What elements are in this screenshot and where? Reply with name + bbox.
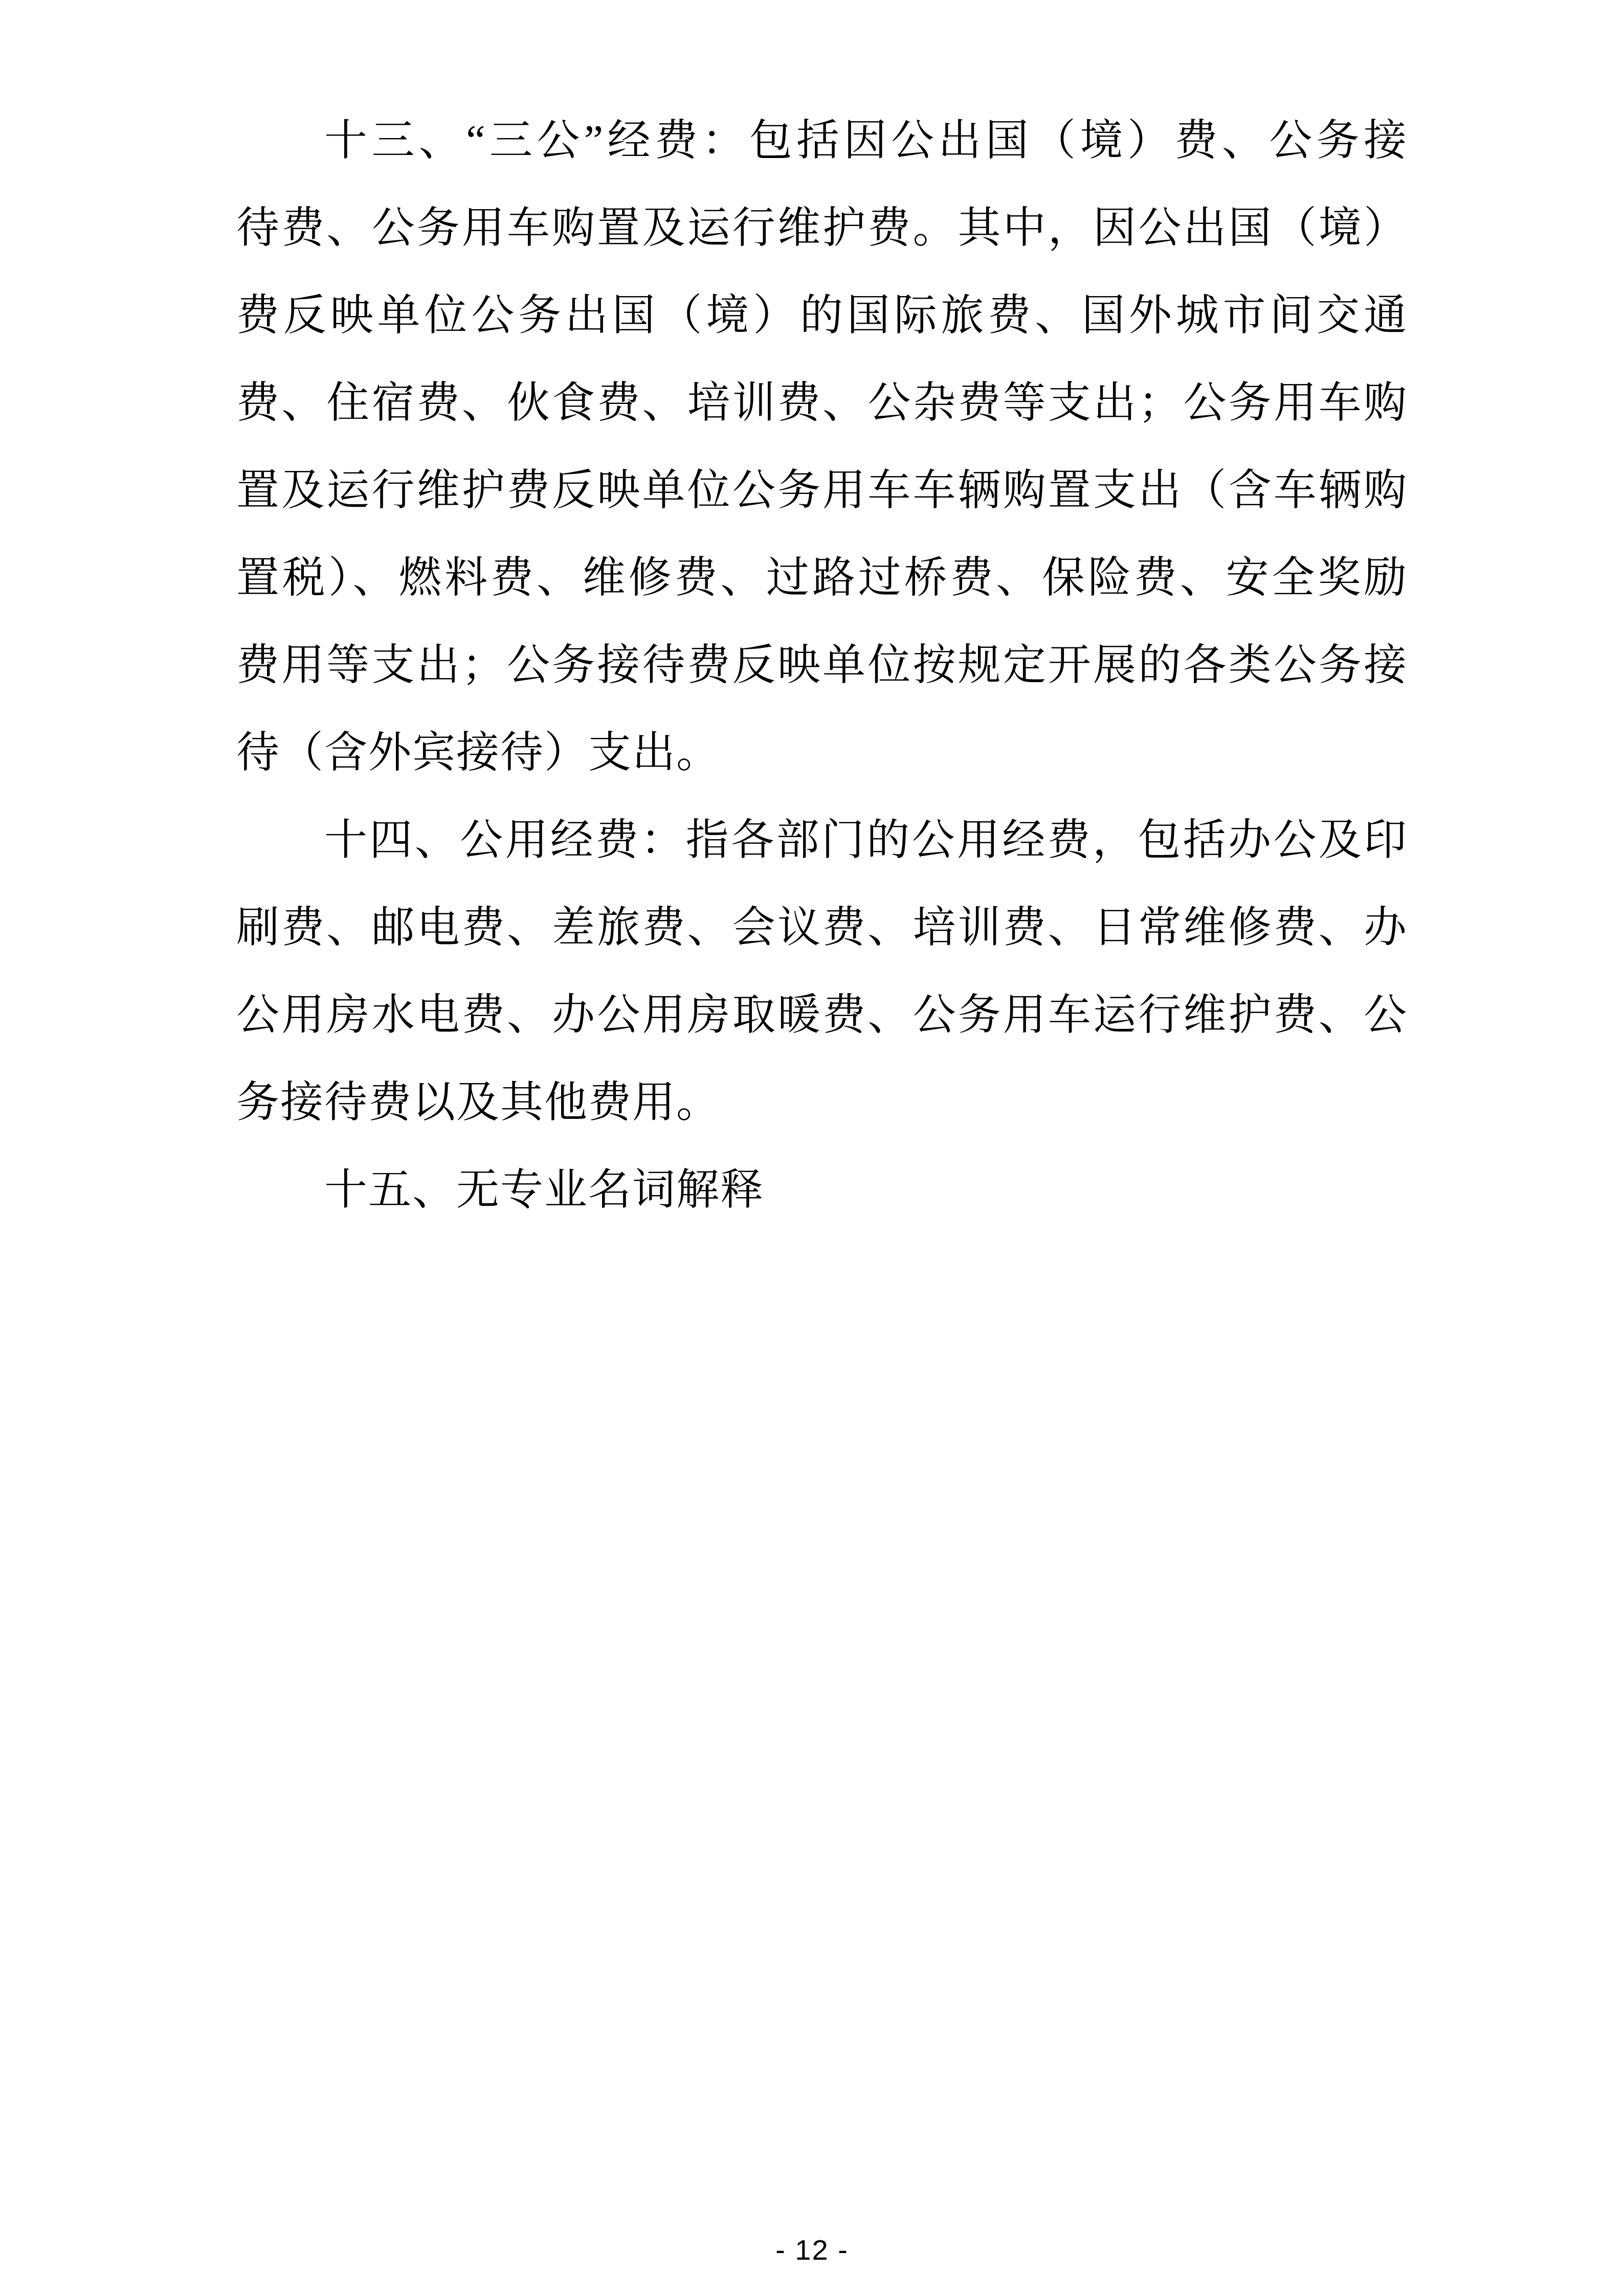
text-line: 十三、“三公”经费：包括因公出国（境）费、公务接 [236, 97, 1408, 185]
document-page: 十三、“三公”经费：包括因公出国（境）费、公务接待费、公务用车购置及运行维护费。… [0, 0, 1624, 2296]
section-item-14: 十四、公用经费：指各部门的公用经费，包括办公及印刷费、邮电费、差旅费、会议费、培… [236, 797, 1408, 1146]
section-item-13: 十三、“三公”经费：包括因公出国（境）费、公务接待费、公务用车购置及运行维护费。… [236, 97, 1408, 797]
page-number: - 12 - [0, 2234, 1624, 2266]
text-line: 费用等支出；公务接待费反映单位按规定开展的各类公务接 [236, 622, 1408, 709]
text-line: 费反映单位公务出国（境）的国际旅费、国外城市间交通 [236, 272, 1408, 359]
text-line: 十四、公用经费：指各部门的公用经费，包括办公及印 [236, 797, 1408, 884]
text-line: 费、住宿费、伙食费、培训费、公杂费等支出；公务用车购 [236, 359, 1408, 447]
text-line: 刷费、邮电费、差旅费、会议费、培训费、日常维修费、办 [236, 884, 1408, 972]
text-line: 十五、无专业名词解释 [236, 1146, 1408, 1234]
section-item-15: 十五、无专业名词解释 [236, 1146, 1408, 1234]
text-line: 待（含外宾接待）支出。 [236, 709, 1408, 797]
text-line: 公用房水电费、办公用房取暖费、公务用车运行维护费、公 [236, 972, 1408, 1059]
text-line: 置及运行维护费反映单位公务用车车辆购置支出（含车辆购 [236, 447, 1408, 534]
document-body: 十三、“三公”经费：包括因公出国（境）费、公务接待费、公务用车购置及运行维护费。… [236, 97, 1408, 1234]
text-line: 务接待费以及其他费用。 [236, 1059, 1408, 1146]
text-line: 待费、公务用车购置及运行维护费。其中，因公出国（境） [236, 185, 1408, 272]
text-line: 置税）、燃料费、维修费、过路过桥费、保险费、安全奖励 [236, 534, 1408, 622]
